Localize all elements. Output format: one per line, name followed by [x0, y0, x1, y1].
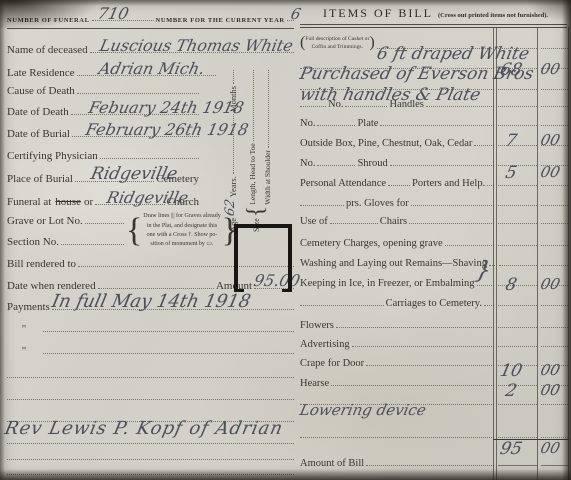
- current-year-number-label: Number for the Current Year: [156, 17, 285, 24]
- washing-label: Washing and Laying out Remains—Shaving: [300, 259, 487, 270]
- length-head-to-toe-label: Length, Head to Toe: [249, 143, 257, 204]
- late-residence-value: Adrian Mich.: [97, 61, 206, 77]
- funeral-at-value: Ridgeville: [105, 190, 189, 206]
- plot-note-line: Draw lines ||| for Graves already: [142, 212, 221, 221]
- date-of-burial-row: Date of Burial February 26th 1918: [7, 118, 201, 140]
- date-of-burial-label: Date of Burial: [7, 129, 70, 140]
- personal-attendance-label: Personal Attendance: [300, 179, 386, 190]
- blank-dotted-row: [7, 381, 296, 403]
- blank-bill-row: [300, 408, 571, 441]
- hearse-amount: 10 00: [489, 363, 571, 380]
- place-of-burial-row: Place of Burial Ridgeville Cemetery: [7, 162, 199, 185]
- shroud-attendance-amount: 5 00: [489, 165, 571, 182]
- handles-label: Handles: [389, 100, 423, 111]
- amount-column-rule: [496, 27, 497, 480]
- months-label: Months: [229, 86, 238, 112]
- advertising-label: Advertising: [300, 340, 350, 351]
- plot-note-line: one with a Cross †. Show po-: [142, 231, 221, 240]
- keeping-in-ice-label: Keeping in Ice, in Freezer, or Embalming: [300, 279, 475, 290]
- items-of-bill-panel: ITEMS OF BILL (Cross out printed items n…: [296, 0, 571, 480]
- no-label: No.: [300, 119, 315, 130]
- size-brace: {: [246, 206, 268, 218]
- right-edge-rule: [568, 27, 569, 480]
- chairs-row: Use of Chairs: [300, 209, 571, 227]
- name-of-deceased-value: Luscious Thomas White: [98, 38, 294, 54]
- cause-of-death-row: Cause of Death: [7, 79, 201, 97]
- section-row: Section No.: [7, 227, 126, 248]
- place-of-burial-label: Place of Burial: [7, 174, 73, 185]
- lowering-device-amount: 2 00: [489, 383, 571, 400]
- washing-embalming-amount: 8 00: [489, 277, 571, 294]
- size-lines: Length, Head to Toe Width at Shoulder: [242, 68, 272, 205]
- advertising-row: Advertising: [300, 331, 571, 350]
- gloves-label: prs. Gloves for: [346, 199, 409, 210]
- name-of-deceased-label: Name of deceased: [7, 45, 88, 56]
- blank-dotted-row: [7, 447, 296, 463]
- cents-column-rule: [537, 27, 538, 480]
- place-of-burial-value: Ridgeville: [89, 166, 179, 183]
- plate-row: No. Plate: [300, 110, 571, 129]
- certifying-physician-label: Certifying Physician: [7, 151, 98, 162]
- plot-instructions: { Draw lines ||| for Graves already in t…: [126, 207, 238, 255]
- payments-value: In full May 14th 1918: [50, 293, 252, 311]
- blank-dotted-row: [7, 357, 296, 381]
- outside-box-label: Outside Box, Pine, Chestnut, Oak, Cedar: [300, 139, 472, 150]
- casket-description-caption: ( Full description of Casket or Coffin a…: [300, 34, 375, 52]
- funeral-at-house-struck: house: [55, 197, 81, 208]
- shroud-label: Shroud: [357, 159, 387, 170]
- use-of-label: Use of: [300, 217, 328, 228]
- chairs-label: Chairs: [380, 217, 407, 228]
- hearse-label: Hearse: [300, 379, 329, 390]
- casket-caption-line: Full description of Casket or: [305, 36, 369, 42]
- certifying-physician-row: Certifying Physician: [7, 140, 201, 162]
- crape-for-door-label: Crape for Door: [300, 359, 364, 370]
- plate-label: Plate: [357, 119, 378, 130]
- items-of-bill-note: (Cross out printed items not furnished).: [438, 12, 548, 19]
- burial-plot-diagram-icon: [234, 224, 292, 284]
- casket-caption-line: Coffin and Trimmings.: [312, 44, 363, 50]
- washing-row: Washing and Laying out Remains—Shaving: [300, 249, 571, 269]
- carriages-label: Carriages to Cemetery.: [386, 299, 482, 310]
- casket-amount: 68 00: [489, 62, 571, 79]
- amount-of-bill-label: Amount of Bill: [300, 459, 364, 470]
- ditto-mark: ": [7, 345, 41, 357]
- grave-lot-label: Grave or Lot No.: [7, 216, 83, 227]
- open-brace: {: [126, 214, 142, 248]
- no-label: No.: [300, 159, 315, 170]
- minister-note: Rev Lewis P. Kopf of Adrian: [3, 420, 285, 438]
- total-amount: 95 00: [489, 441, 571, 458]
- funeral-record-document: Number of Funeral 710 Number for the Cur…: [0, 0, 571, 480]
- late-residence-label: Late Residence: [7, 68, 75, 79]
- casket-description-row-1: ( Full description of Casket or Coffin a…: [300, 28, 571, 52]
- payments-ditto-row-2: ": [7, 335, 296, 357]
- ditto-mark: ": [7, 323, 41, 335]
- funeral-number-row: Number of Funeral 710 Number for the Cur…: [7, 8, 296, 24]
- width-at-shoulder-label: Width at Shoulder: [264, 150, 272, 205]
- no-label: No.: [328, 100, 343, 111]
- flowers-label: Flowers: [300, 321, 334, 332]
- funeral-number-label: Number of Funeral: [7, 17, 90, 24]
- bill-rendered-to-label: Bill rendered to: [7, 259, 76, 270]
- section-label: Section No.: [7, 237, 59, 248]
- porters-and-help-label: Porters and Help.: [412, 179, 485, 190]
- years-label: Years.: [229, 176, 238, 197]
- gloves-row: prs. Gloves for: [300, 189, 571, 209]
- funeral-at-or: or: [84, 197, 93, 208]
- payments-row: Payments In full May 14th 1918: [7, 292, 296, 313]
- payments-label: Payments: [7, 302, 50, 313]
- payments-ditto-row-1: ": [7, 313, 296, 335]
- plot-note-line: in the Plat, and designate this: [142, 222, 221, 231]
- items-of-bill-title: ITEMS OF BILL: [323, 6, 433, 21]
- bill-title-row: ITEMS OF BILL (Cross out printed items n…: [300, 6, 571, 21]
- size-measure-column: Size { Length, Head to Toe Width at Shou…: [240, 68, 273, 232]
- funeral-number-value: 710: [96, 6, 130, 22]
- funeral-at-label: Funeral at: [7, 197, 51, 208]
- name-of-deceased-row: Name of deceased Luscious Thomas White: [7, 29, 296, 56]
- cause-of-death-label: Cause of Death: [7, 86, 75, 97]
- amount-column-rule: [493, 27, 494, 480]
- date-of-death-label: Date of Death: [7, 107, 69, 118]
- flowers-row: Flowers: [300, 309, 571, 331]
- blank-dotted-row: [7, 463, 296, 478]
- plot-note-line: sition of monument by ▭.: [142, 240, 221, 249]
- funeral-at-row: Funeral at house or Ridgeville Church: [7, 185, 199, 208]
- cemetery-charges-label: Cemetery Charges, opening grave: [300, 239, 443, 250]
- date-of-death-row: Date of Death Febuary 24th 1918: [7, 97, 201, 118]
- outside-box-amount: 7 00: [489, 133, 571, 150]
- handles-row: No. Handles: [300, 93, 571, 110]
- late-residence-row: Late Residence Adrian Mich.: [7, 56, 218, 79]
- grave-lot-row: Grave or Lot No.: [7, 208, 126, 227]
- cemetery-charges-row: Cemetery Charges, opening grave: [300, 227, 571, 249]
